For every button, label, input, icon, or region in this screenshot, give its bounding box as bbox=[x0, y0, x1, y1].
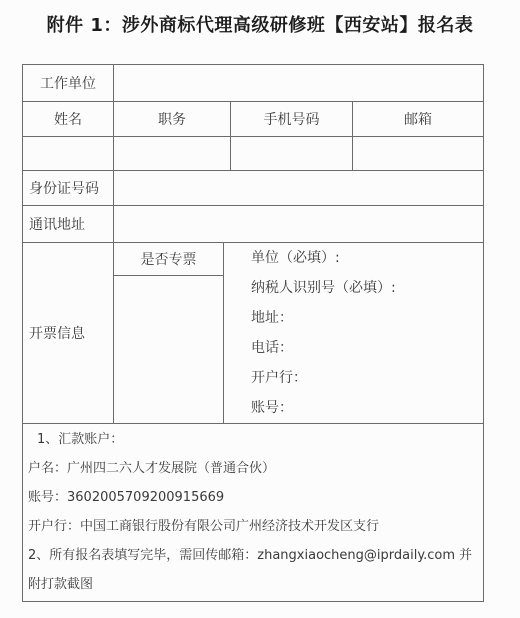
contact-header-row: 姓名 职务 手机号码 邮箱 bbox=[23, 102, 483, 137]
id-number-row: 身份证号码 bbox=[23, 171, 483, 206]
special-invoice-label: 是否专票 bbox=[114, 243, 223, 276]
note-remittance-account: 1、汇款账户： bbox=[28, 425, 475, 454]
invoice-section-label: 开票信息 bbox=[23, 243, 113, 423]
position-input-cell bbox=[113, 137, 230, 170]
name-header: 姓名 bbox=[23, 102, 113, 136]
address-label: 通讯地址 bbox=[23, 206, 113, 242]
id-number-input-cell bbox=[113, 171, 483, 205]
special-invoice-column: 是否专票 bbox=[113, 243, 223, 423]
address-input-cell bbox=[113, 206, 483, 242]
invoice-field-account: 账号： bbox=[251, 393, 477, 423]
note-return-email: 2、所有报名表填写完毕，需回传邮箱：zhangxiaocheng@iprdail… bbox=[28, 541, 475, 570]
invoice-field-phone: 电话： bbox=[251, 333, 477, 363]
email-header: 邮箱 bbox=[352, 102, 483, 136]
invoice-field-address: 地址： bbox=[251, 303, 477, 333]
invoice-field-unit: 单位（必填）: bbox=[251, 243, 477, 273]
note-account-name: 户名：广州四二六人才发展院（普通合伙） bbox=[28, 454, 475, 483]
note-account-number: 账号：3602005709200915669 bbox=[28, 483, 475, 512]
work-unit-label: 工作单位 bbox=[23, 65, 113, 101]
email-input-cell bbox=[352, 137, 483, 170]
note-payment-screenshot: 附打款截图 bbox=[28, 570, 475, 599]
document-page: 附件 1：涉外商标代理高级研修班【西安站】报名表 工作单位 姓名 职务 手机号码… bbox=[0, 0, 520, 618]
invoice-details-cell: 单位（必填）: 纳税人识别号（必填）: 地址： 电话： 开户行： 账号： bbox=[223, 243, 483, 423]
invoice-row: 开票信息 是否专票 单位（必填）: 纳税人识别号（必填）: 地址： 电话： 开户… bbox=[23, 243, 483, 424]
name-input-cell bbox=[23, 137, 113, 170]
work-unit-input-cell bbox=[113, 65, 483, 101]
phone-header: 手机号码 bbox=[230, 102, 352, 136]
page-title: 附件 1：涉外商标代理高级研修班【西安站】报名表 bbox=[0, 11, 520, 37]
work-unit-row: 工作单位 bbox=[23, 65, 483, 102]
invoice-field-bank: 开户行： bbox=[251, 363, 477, 393]
special-invoice-input-cell bbox=[114, 276, 223, 423]
phone-input-cell bbox=[230, 137, 352, 170]
address-row: 通讯地址 bbox=[23, 206, 483, 243]
registration-form-table: 工作单位 姓名 职务 手机号码 邮箱 身份证号码 通讯地址 开票信息 是否专票 bbox=[22, 64, 484, 602]
position-header: 职务 bbox=[113, 102, 230, 136]
note-bank-branch: 开户行：中国工商银行股份有限公司广州经济技术开发区支行 bbox=[28, 512, 475, 541]
invoice-field-taxpayer-id: 纳税人识别号（必填）: bbox=[251, 273, 477, 303]
id-number-label: 身份证号码 bbox=[23, 171, 113, 205]
contact-input-row bbox=[23, 137, 483, 171]
remittance-notes-cell: 1、汇款账户： 户名：广州四二六人才发展院（普通合伙） 账号：360200570… bbox=[23, 424, 483, 601]
